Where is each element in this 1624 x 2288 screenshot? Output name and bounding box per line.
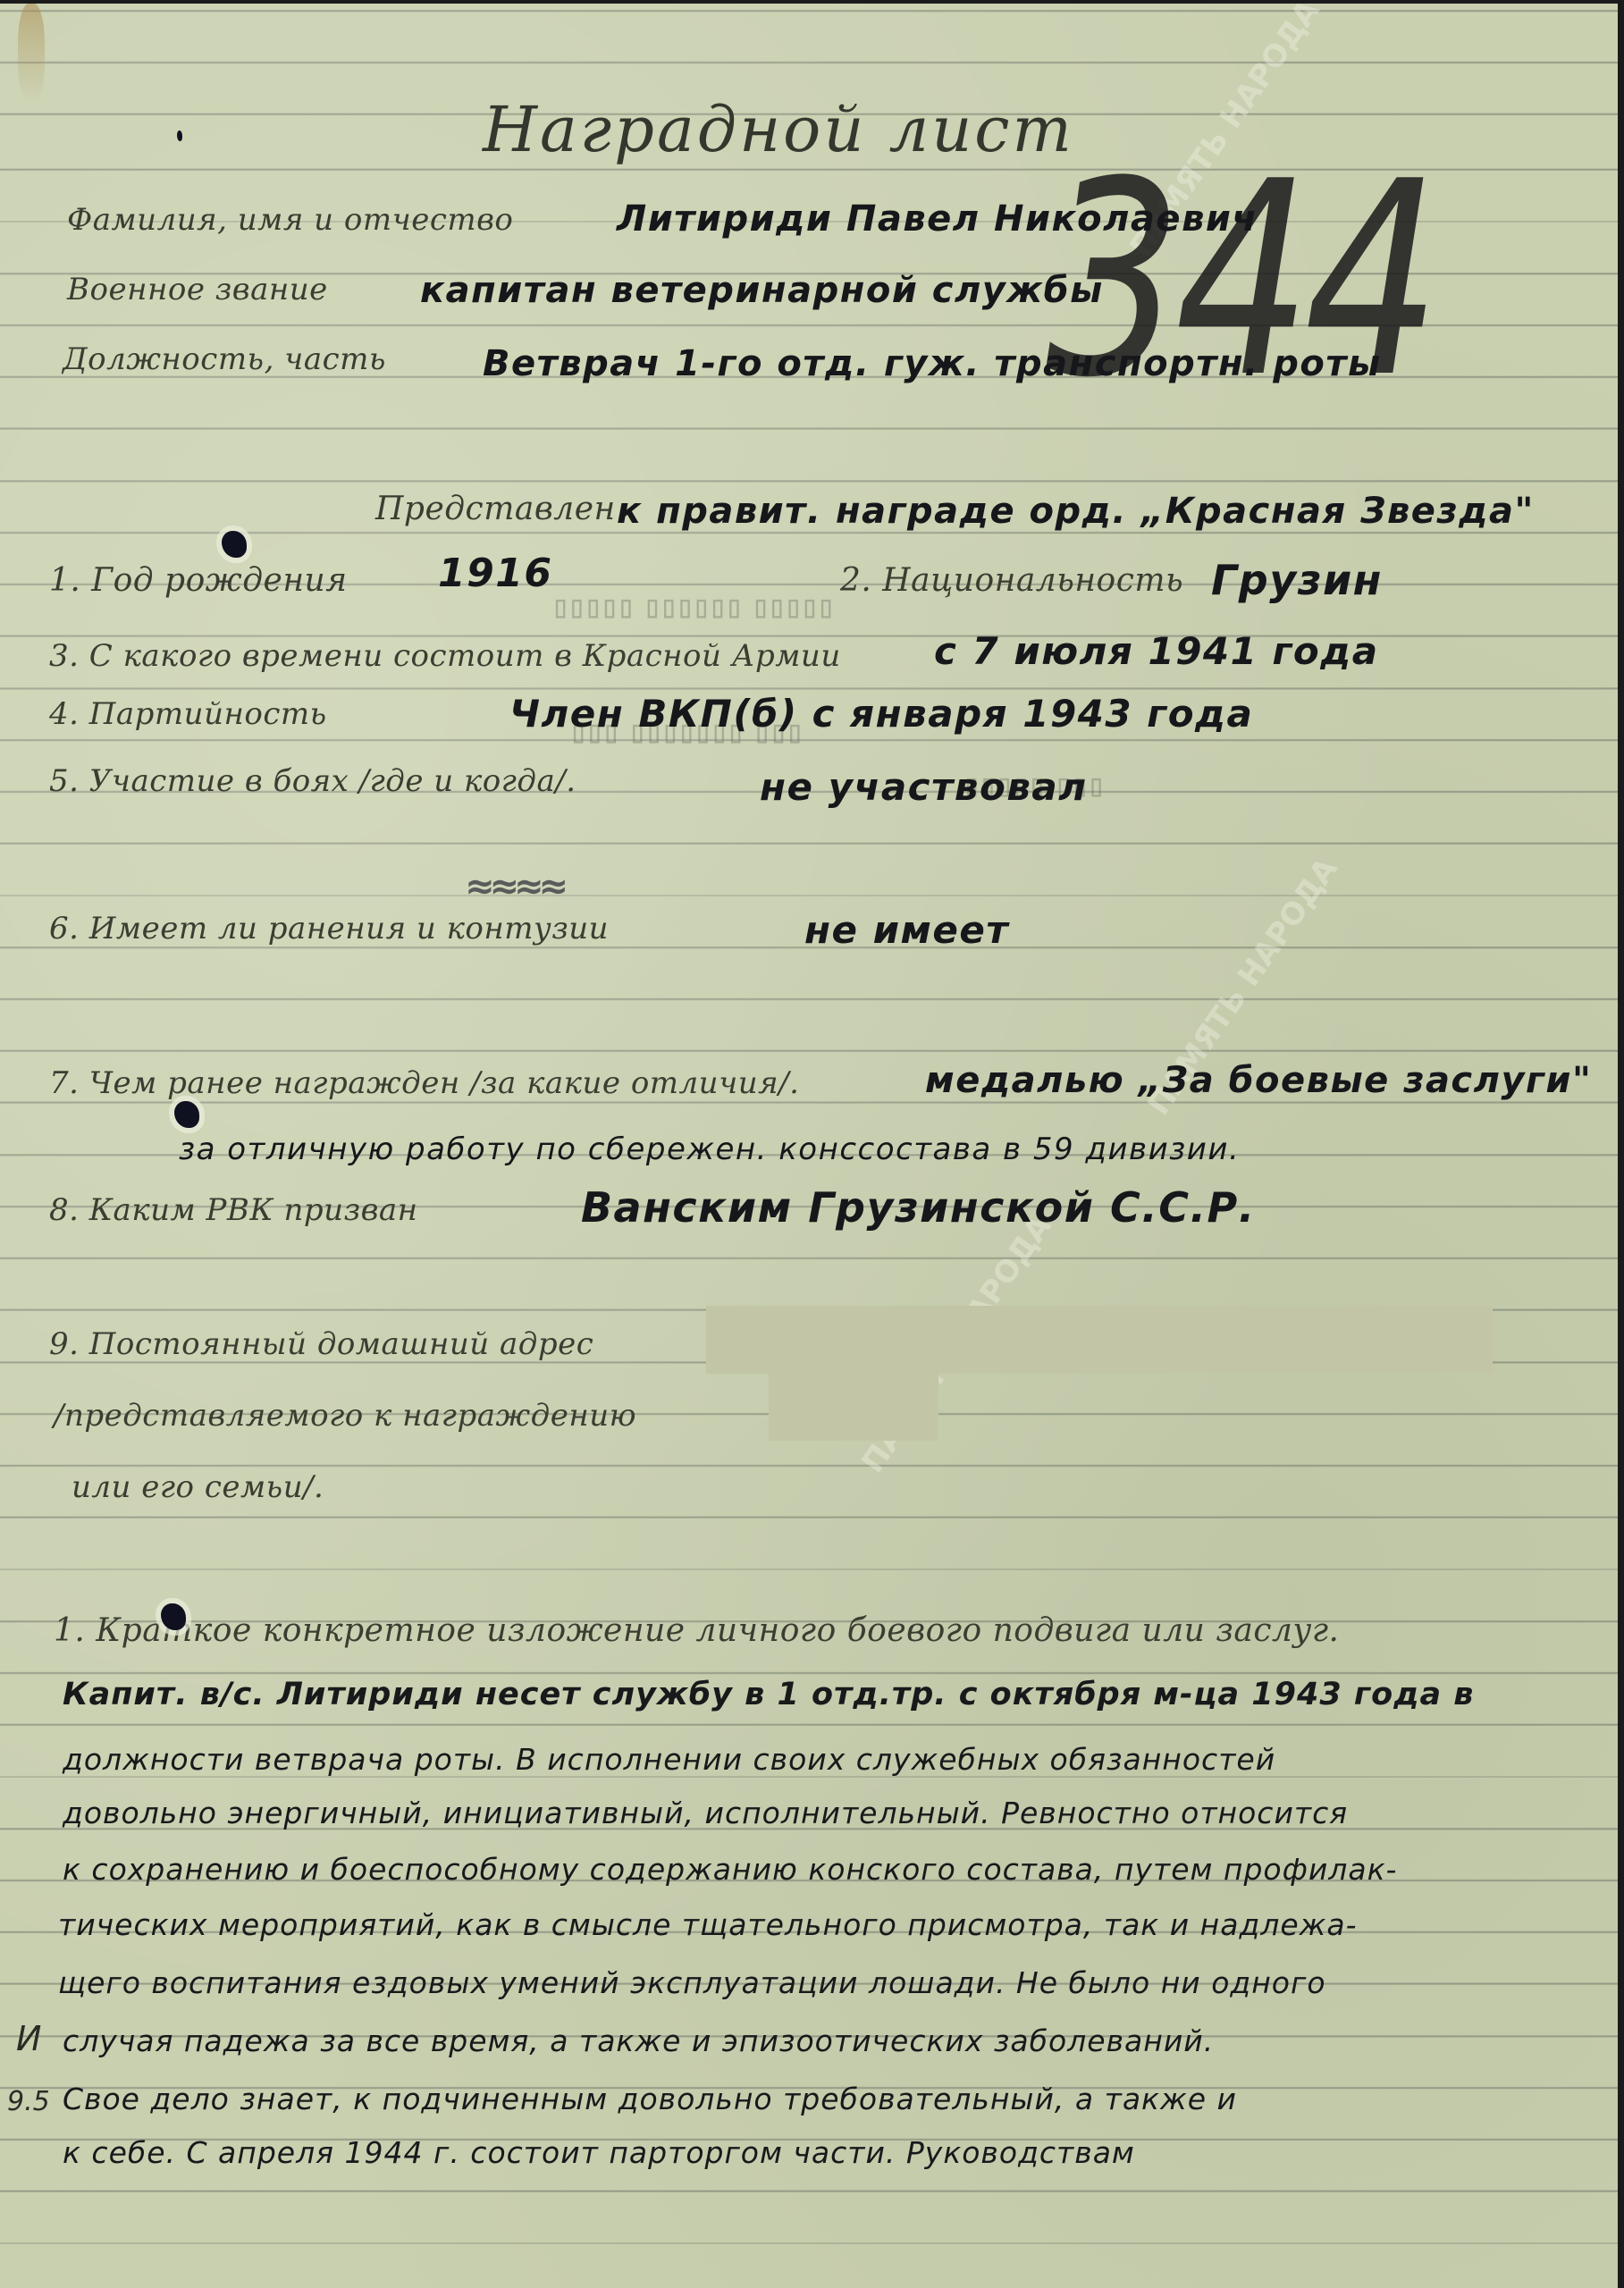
field-label-rank: Военное звание (67, 272, 328, 307)
item-label-service-since: 3. С какого времени состоит в Красной Ар… (49, 638, 841, 674)
field-value-name: Литириди Павел Николаевич (617, 198, 1258, 240)
item-label-address: 9. Постоянный домашний адрес (49, 1326, 593, 1362)
item-label-birth-year: 1. Год рождения (49, 562, 348, 599)
paper-stain (18, 4, 45, 102)
item-label-rvk: 8. Каким РВК призван (49, 1192, 418, 1228)
margin-note: И (16, 2019, 41, 2058)
narrative-line: щего воспитания ездовых умений эксплуата… (58, 1965, 1326, 2000)
item-value-battles: не участвовал (760, 765, 1088, 809)
item-value-rvk: Ванским Грузинской С.С.Р. (581, 1183, 1256, 1232)
item-label-party: 4. Партийность (49, 696, 327, 732)
punch-hole (222, 531, 247, 558)
item-label-battles: 5. Участие в боях /где и когда/. (49, 763, 576, 799)
stamp-ghost: ▯▯▯▯▯ ▯▯▯▯▯▯ ▯▯▯▯▯ (554, 593, 836, 621)
item-value-service-since: с 7 июля 1941 года (934, 629, 1379, 673)
item-label-address-line2: /представляемого к награждению (54, 1398, 636, 1434)
redacted-address (769, 1374, 938, 1441)
item-value-birth-year: 1916 (438, 551, 552, 596)
item-value-awards-line2: за отличную работу по сбережен. конссост… (179, 1131, 1240, 1167)
redacted-address (706, 1306, 1493, 1374)
field-value-rank: капитан ветеринарной службы (420, 270, 1104, 311)
field-label-position: Должность, часть (63, 341, 386, 377)
item-value-wounds: не имеет (804, 908, 1009, 952)
margin-note: 9.5 (7, 2086, 50, 2117)
item-value-nationality: Грузин (1211, 556, 1383, 604)
punch-hole (177, 130, 182, 141)
field-label-name: Фамилия, имя и отчество (67, 202, 513, 238)
item-value-awards: медалью „За боевые заслуги" (925, 1060, 1592, 1101)
narrative-line: тических мероприятий, как в смысле тщате… (58, 1907, 1358, 1942)
item-label-wounds: 6. Имеет ли ранения и контузии (49, 911, 609, 946)
award-sheet-page: ▯▯▯▯▯ ▯▯▯▯▯▯ ▯▯▯▯▯ ▯▯▯ ▯▯▯▯▯▯▯ ▯▯▯ ▯▯▯▯▯… (0, 4, 1618, 2288)
ink-scribble: ≈≈≈≈ (465, 866, 563, 907)
nomination-label: Представлен (375, 491, 616, 527)
narrative-line: Свое дело знает, к подчиненным довольно … (63, 2082, 1237, 2116)
narrative-heading: 1. Краткое конкретное изложение личного … (54, 1612, 1339, 1649)
field-value-position: Ветврач 1-го отд. гуж. транспортн. роты (483, 343, 1382, 384)
nomination-value: к правит. награде орд. „Красная Звезда" (617, 491, 1535, 532)
narrative-line: довольно энергичный, инициативный, испол… (63, 1796, 1348, 1830)
punch-hole (174, 1101, 199, 1128)
item-value-party: Член ВКП(б) с января 1943 года (509, 692, 1253, 736)
item-label-nationality: 2. Национальность (840, 562, 1183, 599)
item-label-awards: 7. Чем ранее награжден /за какие отличия… (49, 1065, 799, 1101)
narrative-line: Капит. в/с. Литириди несет службу в 1 от… (63, 1677, 1474, 1712)
document-title: Наградной лист (483, 93, 1074, 166)
narrative-line: случая падежа за все время, а также и эп… (63, 2023, 1214, 2058)
item-label-address-line3: или его семьи/. (72, 1469, 324, 1505)
narrative-line: к себе. С апреля 1944 г. состоит парторг… (63, 2135, 1135, 2170)
narrative-line: должности ветврача роты. В исполнении св… (63, 1742, 1275, 1777)
narrative-line: к сохранению и боеспособному содержанию … (63, 1852, 1397, 1887)
